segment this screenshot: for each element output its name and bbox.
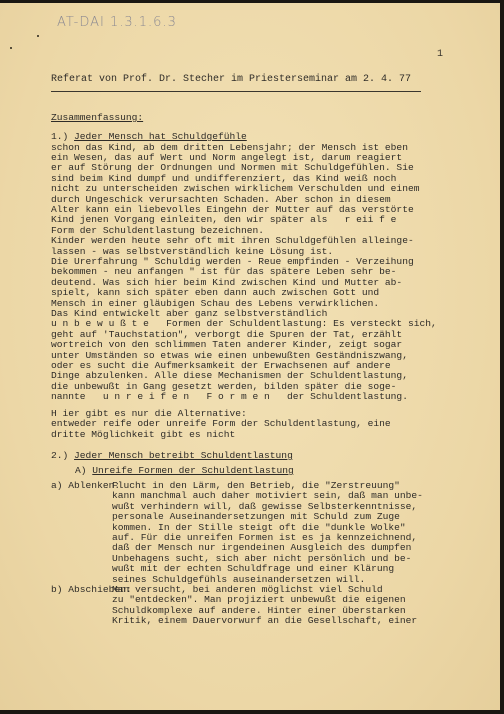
page-number: 1 <box>437 49 443 60</box>
item-a-label: a) Ablenken: <box>51 481 120 491</box>
ink-speck <box>37 35 39 37</box>
alternative-paragraph: H ier gibt es nur die Alternative:entwed… <box>51 409 391 440</box>
text-line: Kinder werden heute sehr oft mit ihren S… <box>51 236 437 246</box>
section-2-title: Jeder Mensch betreibt Schuldentlastung <box>74 450 293 461</box>
ink-speck <box>10 47 12 49</box>
section-1-heading: 1.) Jeder Mensch hat Schuldgefühle <box>51 132 247 142</box>
section-1-number: 1.) <box>51 131 68 142</box>
archive-reference: AT-DAI 1.3.1.6.3 <box>57 15 177 30</box>
section-2a-heading: A) Unreife Formen der Schuldentlastung <box>75 466 294 476</box>
section-2a-label: A) <box>75 465 87 476</box>
section-2-number: 2.) <box>51 450 68 461</box>
title-underline <box>51 91 421 92</box>
summary-heading: Zusammenfassung: <box>51 113 143 123</box>
item-a-body: Flucht in den Lärm, den Betrieb, die "Ze… <box>112 481 423 585</box>
document-title: Referat von Prof. Dr. Stecher im Prieste… <box>51 75 411 85</box>
section-1-body: schon das Kind, ab dem dritten Lebensjah… <box>51 143 437 403</box>
section-1-title: Jeder Mensch hat Schuldgefühle <box>74 131 247 142</box>
section-2a-title: Unreife Formen der Schuldentlastung <box>92 465 294 476</box>
text-line: dritte Möglichkeit gibt es nicht <box>51 430 391 440</box>
document-page: AT-DAI 1.3.1.6.3 1 Referat von Prof. Dr.… <box>0 3 500 710</box>
text-line: Flucht in den Lärm, den Betrieb, die "Ze… <box>112 481 423 491</box>
item-b-body: Man versucht, bei anderen möglichst viel… <box>112 585 417 627</box>
text-line: nicht zu unterscheiden zwischen wirklich… <box>51 184 437 194</box>
text-line: Kritik, einem Dauervorwurf an die Gesell… <box>112 616 417 626</box>
section-2-heading: 2.) Jeder Mensch betreibt Schuldentlastu… <box>51 451 293 461</box>
text-line: nannte u n r e i f e n F o r m e n der S… <box>51 392 437 402</box>
